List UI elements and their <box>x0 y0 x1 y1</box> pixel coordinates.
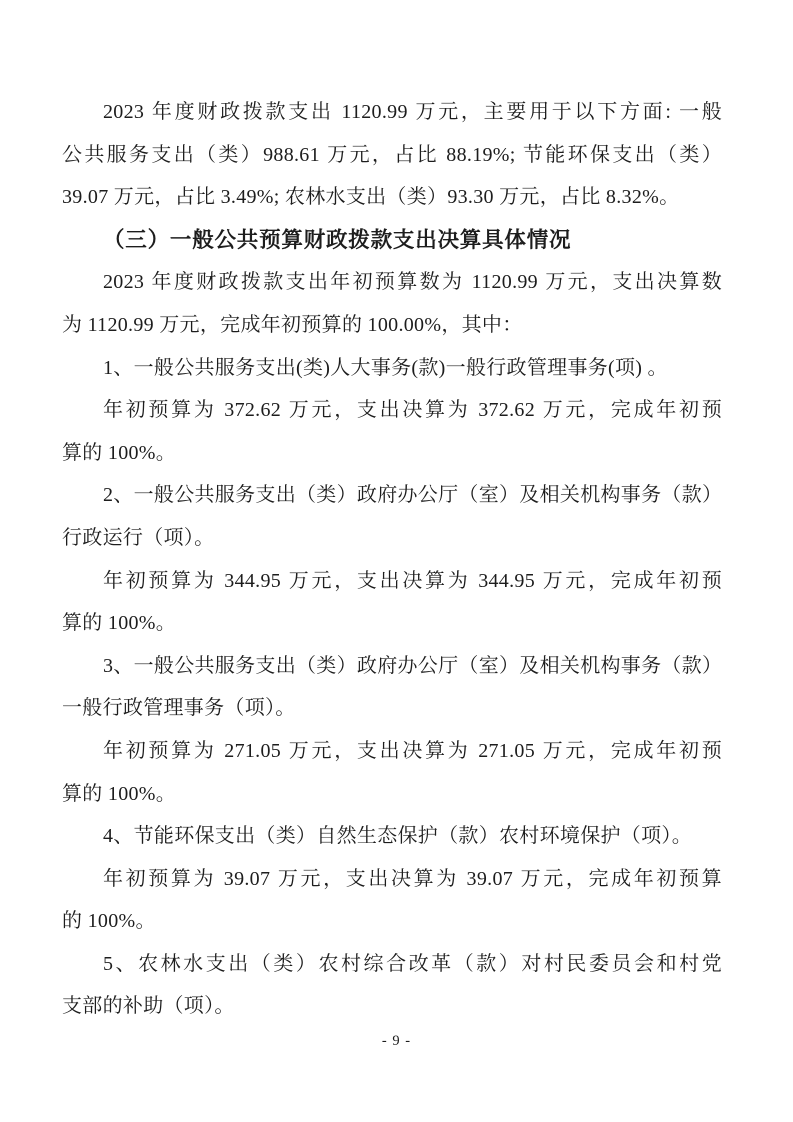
paragraph-line: 3、一般公共服务支出（类）政府办公厅（室）及相关机构事务（款） <box>62 645 722 688</box>
paragraph-line: 年初预算为 344.95 万元，支出决算为 344.95 万元，完成年初预 <box>62 560 722 603</box>
paragraph-line: 一般行政管理事务（项）。 <box>62 687 722 730</box>
paragraph-line: 的 100%。 <box>62 900 722 943</box>
paragraph-line: 支部的补助（项）。 <box>62 985 722 1028</box>
paragraph-line: 年初预算为 372.62 万元，支出决算为 372.62 万元，完成年初预 <box>62 389 722 432</box>
paragraph-line: 算的 100%。 <box>62 602 722 645</box>
paragraph-line: 1、一般公共服务支出(类)人大事务(款)一般行政管理事务(项) 。 <box>62 347 722 390</box>
paragraph-line: 行政运行（项）。 <box>62 517 722 560</box>
paragraph-line: 2、一般公共服务支出（类）政府办公厅（室）及相关机构事务（款） <box>62 474 722 517</box>
paragraph-line: 39.07 万元，占比 3.49%; 农林水支出（类）93.30 万元，占比 8… <box>62 176 722 219</box>
paragraph-line: 为 1120.99 万元，完成年初预算的 100.00%，其中： <box>62 304 722 347</box>
section-heading: （三）一般公共预算财政拨款支出决算具体情况 <box>62 219 722 262</box>
paragraph-line: 算的 100%。 <box>62 432 722 475</box>
paragraph-line: 算的 100%。 <box>62 773 722 816</box>
paragraph-line: 年初预算为 271.05 万元，支出决算为 271.05 万元，完成年初预 <box>62 730 722 773</box>
paragraph-line: 2023 年度财政拨款支出 1120.99 万元，主要用于以下方面: 一般 <box>62 91 722 134</box>
page-number: - 9 - <box>0 1031 793 1051</box>
paragraph-line: 2023 年度财政拨款支出年初预算数为 1120.99 万元，支出决算数 <box>62 261 722 304</box>
document-body: 2023 年度财政拨款支出 1120.99 万元，主要用于以下方面: 一般 公共… <box>62 91 722 1028</box>
paragraph-line: 4、节能环保支出（类）自然生态保护（款）农村环境保护（项）。 <box>62 815 722 858</box>
document-page: 2023 年度财政拨款支出 1120.99 万元，主要用于以下方面: 一般 公共… <box>0 0 793 1122</box>
paragraph-line: 公共服务支出（类）988.61 万元，占比 88.19%; 节能环保支出（类） <box>62 134 722 177</box>
paragraph-line: 年初预算为 39.07 万元，支出决算为 39.07 万元，完成年初预算 <box>62 858 722 901</box>
paragraph-line: 5、农林水支出（类）农村综合改革（款）对村民委员会和村党 <box>62 943 722 986</box>
